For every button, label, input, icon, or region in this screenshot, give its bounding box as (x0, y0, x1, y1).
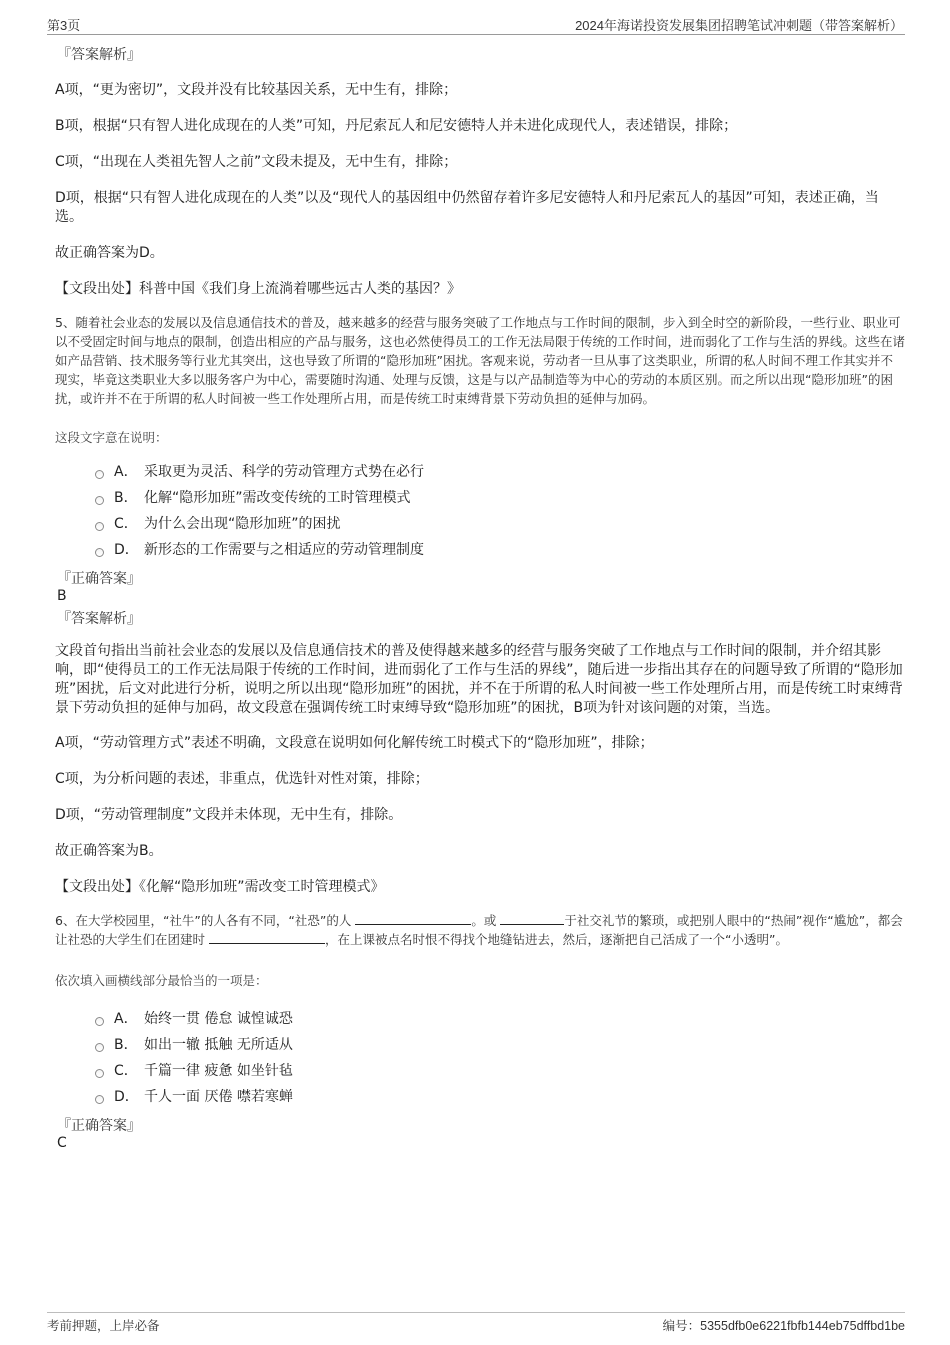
analysis-line: D项，“劳动管理制度”文段并未体现，无中生有，排除。 (55, 806, 905, 825)
option-text: 化解“隐形加班”需改变传统的工时管理模式 (144, 487, 411, 507)
option-text: 千篇一律 疲惫 如坐针毡 (144, 1060, 293, 1080)
stem-part: 。或 (471, 913, 496, 928)
correct-answer: C (57, 1135, 905, 1151)
analysis-conclusion: 故正确答案为D。 (55, 244, 905, 263)
radio-icon[interactable] (95, 1043, 104, 1052)
option-letter: A． (114, 461, 144, 481)
radio-icon[interactable] (95, 470, 104, 479)
option-d[interactable]: D． 新形态的工作需要与之相适应的劳动管理制度 (95, 536, 905, 562)
radio-icon[interactable] (95, 1069, 104, 1078)
radio-icon[interactable] (95, 1017, 104, 1026)
analysis-line: A项，“劳动管理方式”表述不明确，文段意在说明如何化解传统工时模式下的“隐形加班… (55, 734, 905, 753)
option-text: 新形态的工作需要与之相适应的劳动管理制度 (144, 539, 424, 559)
page-footer: 考前押题，上岸必备 编号：5355dfb0e6221fbfb144eb75dff… (47, 1312, 905, 1316)
option-letter: C． (114, 513, 144, 533)
footer-slogan: 考前押题，上岸必备 (47, 1316, 160, 1334)
correct-answer-heading: 『正确答案』 (57, 1115, 905, 1135)
option-letter: B． (114, 1034, 144, 1054)
question-stem: 6、在大学校园里，“社牛”的人各有不同，“社恐”的人 。或 于社交礼节的繁琐，或… (55, 911, 905, 949)
option-d[interactable]: D． 千人一面 厌倦 噤若寒蝉 (95, 1083, 905, 1109)
option-letter: C． (114, 1060, 144, 1080)
radio-icon[interactable] (95, 522, 104, 531)
analysis-line: A项，“更为密切”，文段并没有比较基因关系，无中生有，排除； (55, 81, 905, 100)
option-b[interactable]: B． 如出一辙 抵触 无所适从 (95, 1031, 905, 1057)
fill-blank-3 (209, 931, 325, 944)
option-letter: B． (114, 487, 144, 507)
page-content: 『答案解析』 A项，“更为密切”，文段并没有比较基因关系，无中生有，排除； B项… (55, 44, 905, 1151)
analysis-conclusion: 故正确答案为B。 (55, 842, 905, 861)
analysis-heading: 『答案解析』 (57, 608, 905, 628)
correct-answer: B (57, 588, 905, 604)
option-letter: A． (114, 1008, 144, 1028)
analysis-paragraph: 文段首句指出当前社会业态的发展以及信息通信技术的普及使得越来越多的经营与服务突破… (55, 642, 905, 718)
serial-number: 编号：5355dfb0e6221fbfb144eb75dffbd1be (663, 1316, 905, 1334)
question-stem: 5、随着社会业态的发展以及信息通信技术的普及，越来越多的经营与服务突破了工作地点… (55, 313, 905, 408)
option-a[interactable]: A． 始终一贯 倦怠 诚惶诚恐 (95, 1005, 905, 1031)
option-text: 为什么会出现“隐形加班”的困扰 (144, 513, 341, 533)
answer-options: A． 采取更为灵活、科学的劳动管理方式势在必行 B． 化解“隐形加班”需改变传统… (95, 458, 905, 562)
option-b[interactable]: B． 化解“隐形加班”需改变传统的工时管理模式 (95, 484, 905, 510)
stem-part: 6、在大学校园里，“社牛”的人各有不同，“社恐”的人 (55, 913, 351, 928)
option-text: 始终一贯 倦怠 诚惶诚恐 (144, 1008, 293, 1028)
stem-part: ，在上课被点名时恨不得找个地缝钻进去，然后，逐渐把自己活成了一个“小透明”。 (325, 932, 788, 947)
question-6: 6、在大学校园里，“社牛”的人各有不同，“社恐”的人 。或 于社交礼节的繁琐，或… (55, 911, 905, 1151)
option-c[interactable]: C． 为什么会出现“隐形加班”的困扰 (95, 510, 905, 536)
page-number: 第3页 (47, 15, 80, 34)
option-text: 采取更为灵活、科学的劳动管理方式势在必行 (144, 461, 424, 481)
radio-icon[interactable] (95, 1095, 104, 1104)
fill-blank-2 (500, 912, 564, 925)
analysis-line: D项，根据“只有智人进化成现在的人类”以及“现代人的基因组中仍然留存着许多尼安德… (55, 189, 905, 227)
analysis-line: B项，根据“只有智人进化成现在的人类”可知，丹尼索瓦人和尼安德特人并未进化成现代… (55, 117, 905, 136)
source-citation: 【文段出处】《化解“隐形加班”需改变工时管理模式》 (55, 878, 905, 897)
fill-blank-1 (355, 912, 471, 925)
q4-analysis: 『答案解析』 A项，“更为密切”，文段并没有比较基因关系，无中生有，排除； B项… (55, 44, 905, 299)
answer-options: A． 始终一贯 倦怠 诚惶诚恐 B． 如出一辙 抵触 无所适从 C． 千篇一律 … (95, 1005, 905, 1109)
page-header: 第3页 2024年海诺投资发展集团招聘笔试冲刺题（带答案解析） (47, 14, 905, 35)
option-letter: D． (114, 1086, 144, 1106)
q5-analysis: 文段首句指出当前社会业态的发展以及信息通信技术的普及使得越来越多的经营与服务突破… (55, 642, 905, 897)
question-prompt: 这段文字意在说明： (55, 428, 905, 446)
correct-answer-heading: 『正确答案』 (57, 568, 905, 588)
analysis-line: C项，为分析问题的表述，非重点，优选针对性对策，排除； (55, 770, 905, 789)
option-a[interactable]: A． 采取更为灵活、科学的劳动管理方式势在必行 (95, 458, 905, 484)
analysis-line: C项，“出现在人类祖先智人之前”文段未提及，无中生有，排除； (55, 153, 905, 172)
option-letter: D． (114, 539, 144, 559)
question-5: 5、随着社会业态的发展以及信息通信技术的普及，越来越多的经营与服务突破了工作地点… (55, 313, 905, 897)
radio-icon[interactable] (95, 548, 104, 557)
option-c[interactable]: C． 千篇一律 疲惫 如坐针毡 (95, 1057, 905, 1083)
document-title: 2024年海诺投资发展集团招聘笔试冲刺题（带答案解析） (575, 15, 903, 34)
option-text: 如出一辙 抵触 无所适从 (144, 1034, 293, 1054)
radio-icon[interactable] (95, 496, 104, 505)
analysis-heading: 『答案解析』 (57, 44, 905, 64)
source-citation: 【文段出处】科普中国《我们身上流淌着哪些远古人类的基因？》 (55, 280, 905, 299)
option-text: 千人一面 厌倦 噤若寒蝉 (144, 1086, 293, 1106)
question-prompt: 依次填入画横线部分最恰当的一项是： (55, 971, 905, 989)
